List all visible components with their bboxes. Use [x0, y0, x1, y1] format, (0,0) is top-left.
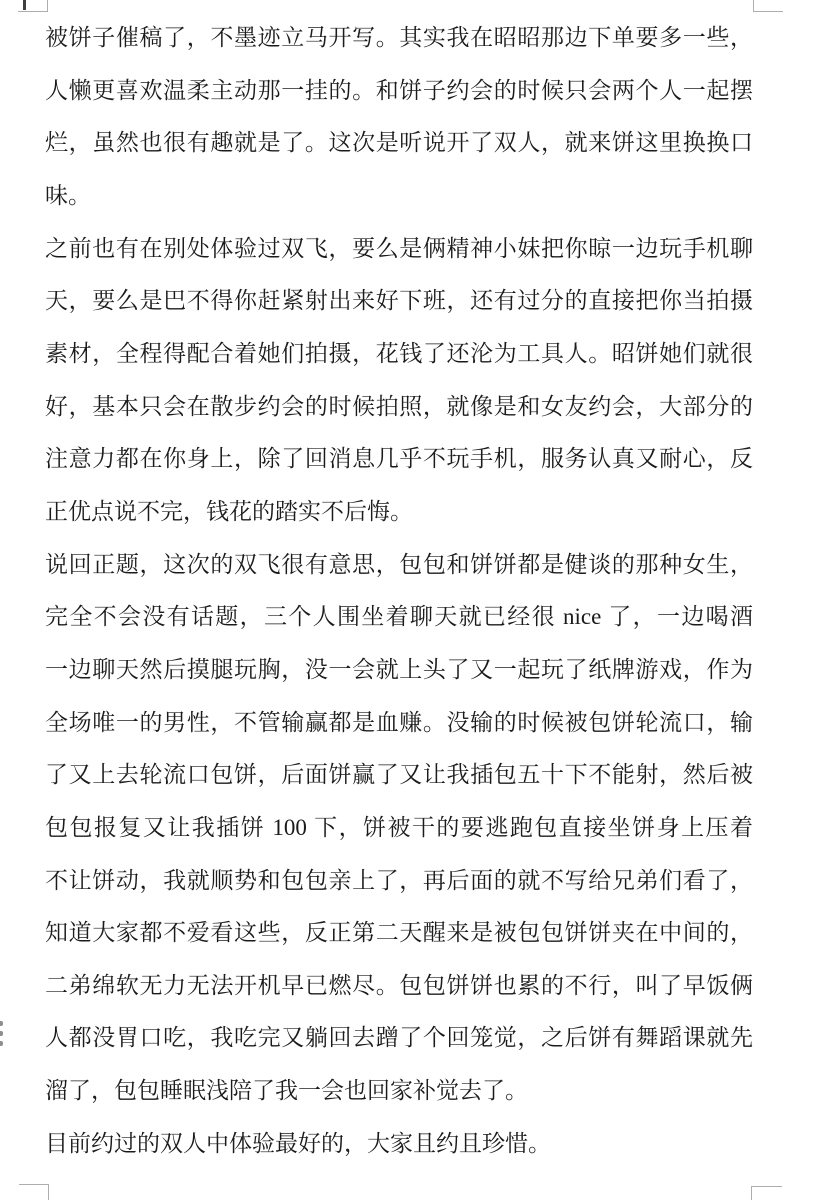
text-line: 一边聊天然后摸腿玩胸，没一会就上头了又一起玩了纸牌游戏，作为 — [45, 644, 753, 697]
text-line: 注意力都在你身上，除了回消息几乎不玩手机，服务认真又耐心，反 — [45, 433, 753, 486]
vertical-ellipsis-dot — [0, 1021, 3, 1026]
text-line: 烂，虽然也很有趣就是了。这次是听说开了双人，就来饼这里换换口 — [45, 117, 753, 170]
text-line: 正优点说不完，钱花的踏实不后悔。 — [45, 486, 753, 539]
text-boundary-mark-bottom-right — [751, 1186, 782, 1200]
text-line: 全场唯一的男性，不管输赢都是血赚。没输的时候被包饼轮流口，输 — [45, 697, 753, 750]
text-boundary-mark-bottom-left — [19, 1184, 49, 1200]
text-boundary-mark-top-right — [753, 0, 783, 12]
text-line: 天，要么是巴不得你赶紧射出来好下班，还有过分的直接把你当拍摄 — [45, 275, 753, 328]
text-line: 知道大家都不爱看这些，反正第二天醒来是被包包饼饼夹在中间的， — [45, 907, 753, 960]
text-line: 被饼子催稿了，不墨迹立马开写。其实我在昭昭那边下单要多一些， — [45, 12, 753, 65]
document-page: 被饼子催稿了，不墨迹立马开写。其实我在昭昭那边下单要多一些，人懒更喜欢温柔主动那… — [0, 0, 818, 1200]
vertical-ellipsis-dot — [0, 1031, 3, 1036]
text-line: 了又上去轮流口包饼，后面饼赢了又让我插包五十下不能射，然后被 — [45, 749, 753, 802]
document-text: 被饼子催稿了，不墨迹立马开写。其实我在昭昭那边下单要多一些，人懒更喜欢温柔主动那… — [45, 12, 753, 1170]
text-line: 二弟绵软无力无法开机早已燃尽。包包饼饼也累的不行，叫了早饭俩 — [45, 960, 753, 1013]
text-line: 人懒更喜欢温柔主动那一挂的。和饼子约会的时候只会两个人一起摆 — [45, 65, 753, 118]
paragraph: 目前约过的双人中体验最好的，大家且约且珍惜。 — [45, 1118, 753, 1171]
text-line: 不让饼动，我就顺势和包包亲上了，再后面的就不写给兄弟们看了， — [45, 855, 753, 908]
paragraph: 说回正题，这次的双飞很有意思，包包和饼饼都是健谈的那种女生，完全不会没有话题，三… — [45, 539, 753, 1118]
vertical-ellipsis-dot — [0, 1041, 3, 1046]
text-line: 说回正题，这次的双飞很有意思，包包和饼饼都是健谈的那种女生， — [45, 539, 753, 592]
text-line: 之前也有在别处体验过双飞，要么是俩精神小妹把你晾一边玩手机聊 — [45, 223, 753, 276]
text-line: 完全不会没有话题，三个人围坐着聊天就已经很 nice 了，一边喝酒 — [45, 591, 753, 644]
text-line: 包包报复又让我插饼 100 下，饼被干的要逃跑包直接坐饼身上压着 — [45, 802, 753, 855]
text-line: 溜了，包包睡眠浅陪了我一会也回家补觉去了。 — [45, 1065, 753, 1118]
paragraph: 被饼子催稿了，不墨迹立马开写。其实我在昭昭那边下单要多一些，人懒更喜欢温柔主动那… — [45, 12, 753, 223]
text-line: 目前约过的双人中体验最好的，大家且约且珍惜。 — [45, 1118, 753, 1171]
text-line: 好，基本只会在散步约会的时候拍照，就像是和女友约会，大部分的 — [45, 381, 753, 434]
text-line: 味。 — [45, 170, 753, 223]
paragraph: 之前也有在别处体验过双飞，要么是俩精神小妹把你晾一边玩手机聊天，要么是巴不得你赶… — [45, 223, 753, 539]
text-line: 人都没胃口吃，我吃完又躺回去蹭了个回笼觉，之后饼有舞蹈课就先 — [45, 1012, 753, 1065]
text-line: 素材，全程得配合着她们拍摄，花钱了还沦为工具人。昭饼她们就很 — [45, 328, 753, 381]
text-cursor-mark — [23, 0, 26, 10]
